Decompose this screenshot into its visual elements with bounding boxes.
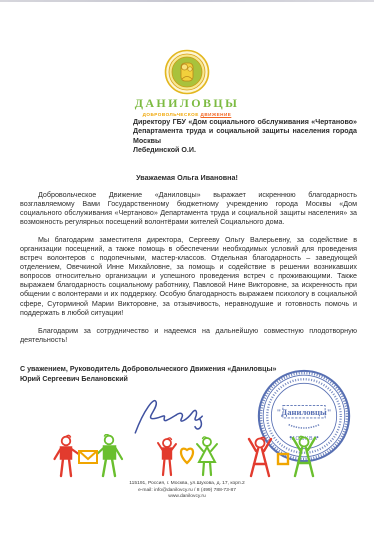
letter-page: ДАНИЛОВЦЫ ДОБРОВОЛЬЧЕСКОЕ ДВИЖЕНИЕ Дирек… [0,0,374,536]
paragraph-1: Добровольческое Движение «Даниловцы» выр… [20,191,357,227]
stamp-center-label: "Даниловцы" [276,407,331,417]
figures-row [0,434,374,480]
recipient-block: Директору ГБУ «Дом социального обслужива… [133,118,357,156]
logo-subtitle-left: ДОБРОВОЛЬЧЕСКОЕ [143,112,199,117]
scan-top-edge [0,0,374,2]
signoff-block: С уважением, Руководитель Добровольческо… [20,364,276,384]
people-with-house-icon [243,434,323,480]
danilovtsy-emblem-icon [164,49,210,95]
signoff-title: С уважением, Руководитель Добровольческо… [20,364,276,374]
salutation: Уважаемая Ольга Ивановна! [0,173,374,182]
footer-contacts: 115191, Россия, г. Москва, ул.Шухова, д.… [0,481,374,501]
logo-subtitle: ДОБРОВОЛЬЧЕСКОЕ ДВИЖЕНИЕ [0,112,374,117]
paragraph-3: Благодарим за сотрудничество и надеемся … [20,327,357,345]
letter-body: Добровольческое Движение «Даниловцы» выр… [20,191,357,354]
recipient-address: Директору ГБУ «Дом социального обслужива… [133,118,357,146]
logo-subtitle-right: ДВИЖЕНИЕ [201,112,232,117]
footer-website: www.danilovcy.ru [0,494,374,501]
recipient-name: Лебединской О.И. [133,146,357,155]
handwritten-signature-icon [125,387,228,440]
footer-address: 115191, Россия, г. Москва, ул.Шухова, д.… [0,481,374,488]
logo-title: ДАНИЛОВЦЫ [0,96,374,111]
signoff-name: Юрий Сергеевич Белановский [20,374,276,384]
paragraph-2: Мы благодарим заместителя директора, Сер… [20,236,357,317]
people-with-letter-icon [51,434,131,480]
logo: ДАНИЛОВЦЫ ДОБРОВОЛЬЧЕСКОЕ ДВИЖЕНИЕ [0,49,374,117]
people-with-heart-icon [155,434,219,480]
